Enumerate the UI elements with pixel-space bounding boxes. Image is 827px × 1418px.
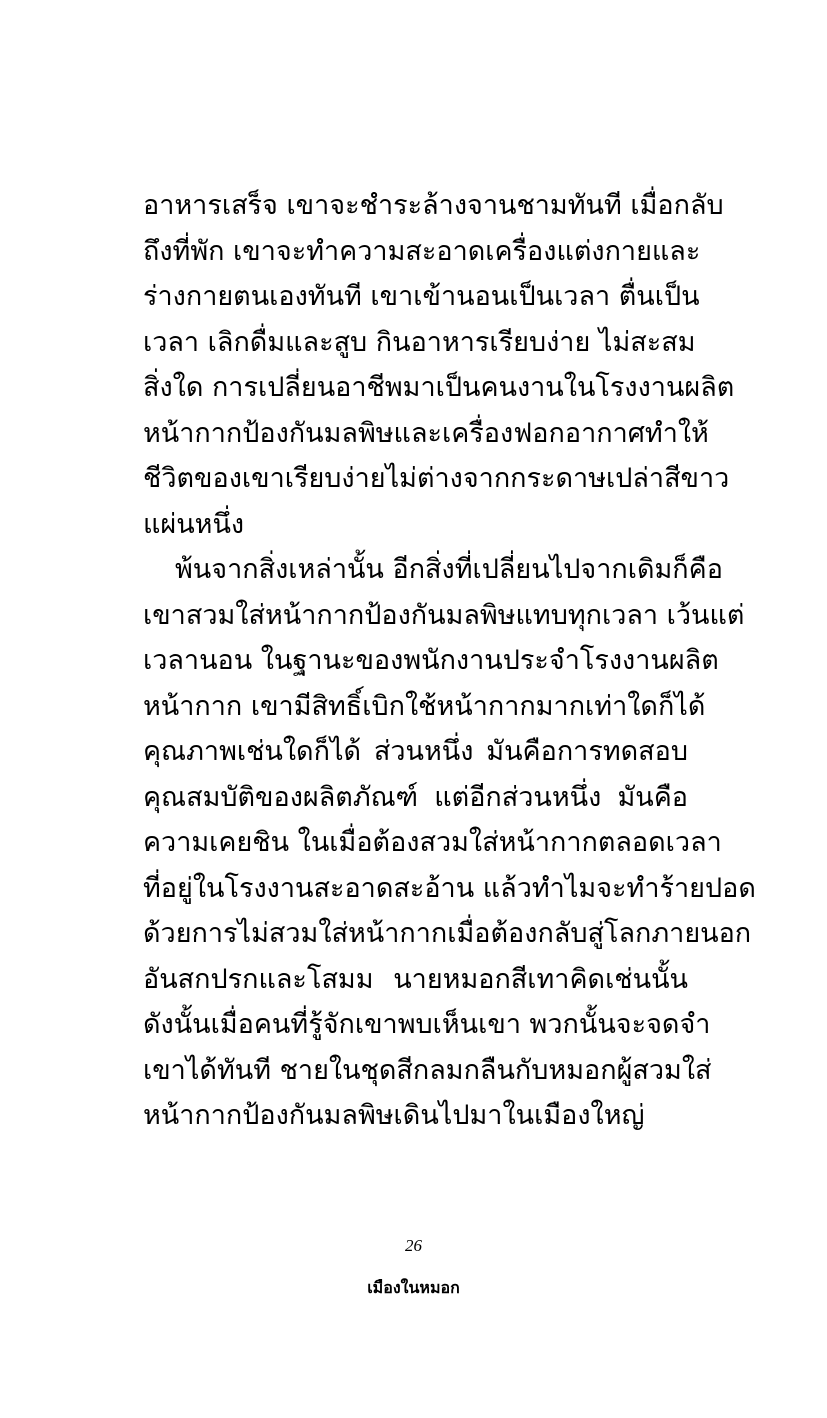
text-line: พ้นจากสิ่งเหล่านั้น อีกสิ่งที่เปลี่ยนไปจ… bbox=[143, 547, 688, 593]
text-line: หน้ากาก เขามีสิทธิ์เบิกใช้หน้ากากมากเท่า… bbox=[143, 684, 688, 730]
text-line: เวลา เลิกดื่มและสูบ กินอาหารเรียบง่าย ไม… bbox=[143, 320, 688, 366]
text-line: ที่อยู่ในโรงงานสะอาดสะอ้าน แล้วทำไมจะทำร… bbox=[143, 866, 688, 912]
text-line: ชีวิตของเขาเรียบง่ายไม่ต่างจากกระดาษเปล่… bbox=[143, 456, 688, 502]
page-number: 26 bbox=[0, 1236, 827, 1256]
text-line: ถึงที่พัก เขาจะทำความสะอาดเครื่องแต่งกาย… bbox=[143, 229, 688, 275]
body-text: อาหารเสร็จ เขาจะชำระล้างจานชามทันที เมื่… bbox=[143, 183, 688, 1139]
text-line: เวลานอน ในฐานะของพนักงานประจำโรงงานผลิต bbox=[143, 638, 688, 684]
text-line: อันสกปรกและโสมม นายหมอกสีเทาคิดเช่นนั้น bbox=[143, 957, 688, 1003]
text-line: ด้วยการไม่สวมใส่หน้ากากเมื่อต้องกลับสู่โ… bbox=[143, 911, 688, 957]
text-line: เขาได้ทันที ชายในชุดสีกลมกลืนกับหมอกผู้ส… bbox=[143, 1048, 688, 1094]
text-line: ร่างกายตนเองทันที เขาเข้านอนเป็นเวลา ตื่… bbox=[143, 274, 688, 320]
paragraph-1: อาหารเสร็จ เขาจะชำระล้างจานชามทันที เมื่… bbox=[143, 183, 688, 547]
text-line: อาหารเสร็จ เขาจะชำระล้างจานชามทันที เมื่… bbox=[143, 183, 688, 229]
paragraph-2: พ้นจากสิ่งเหล่านั้น อีกสิ่งที่เปลี่ยนไปจ… bbox=[143, 547, 688, 1139]
text-line: คุณสมบัติของผลิตภัณฑ์ แต่อีกส่วนหนึ่ง มั… bbox=[143, 775, 688, 821]
text-line: ความเคยชิน ในเมื่อต้องสวมใส่หน้ากากตลอดเ… bbox=[143, 820, 688, 866]
text-line: หน้ากากป้องกันมลพิษและเครื่องฟอกอากาศทำใ… bbox=[143, 411, 688, 457]
text-line: หน้ากากป้องกันมลพิษเดินไปมาในเมืองใหญ่ bbox=[143, 1093, 688, 1139]
text-line: คุณภาพเช่นใดก็ได้ ส่วนหนึ่ง มันคือการทดส… bbox=[143, 729, 688, 775]
text-line: ดังนั้นเมื่อคนที่รู้จักเขาพบเห็นเขา พวกน… bbox=[143, 1002, 688, 1048]
book-title-footer: เมืองในหมอก bbox=[0, 1276, 827, 1301]
text-line: แผ่นหนึ่ง bbox=[143, 502, 688, 548]
text-line: เขาสวมใส่หน้ากากป้องกันมลพิษแทบทุกเวลา เ… bbox=[143, 593, 688, 639]
text-line: สิ่งใด การเปลี่ยนอาชีพมาเป็นคนงานในโรงงา… bbox=[143, 365, 688, 411]
